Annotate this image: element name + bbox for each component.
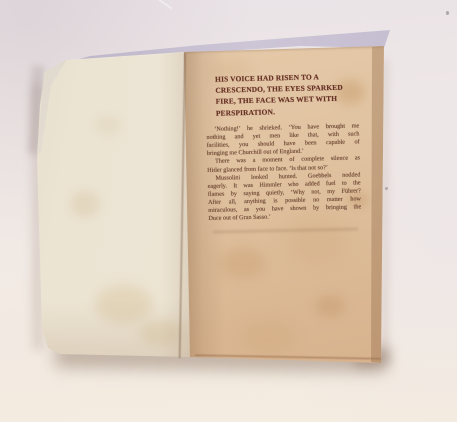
- foxing-stain: [315, 295, 345, 317]
- chapter-opening-heading: HIS VOICE HAD RISEN TO A CRESCENDO, THE …: [215, 70, 359, 118]
- foxing-stain: [95, 115, 121, 135]
- foxing-stain: [70, 190, 100, 218]
- foxing-stain: [240, 320, 295, 352]
- paragraph: Mussolini looked hunted. Goebbels nodded…: [207, 171, 361, 223]
- foxing-stain: [285, 215, 347, 265]
- paragraph: ‘Nothing!’ he shrieked. ‘You have brough…: [206, 122, 360, 158]
- printed-page-text: HIS VOICE HAD RISEN TO A CRESCENDO, THE …: [205, 70, 361, 223]
- dust-speck: [446, 11, 449, 15]
- text-line: Duce out of Gran Sasso.’: [208, 212, 361, 224]
- foxing-stain: [220, 248, 266, 278]
- photo-open-paperback-book: HIS VOICE HAD RISEN TO A CRESCENDO, THE …: [0, 0, 457, 422]
